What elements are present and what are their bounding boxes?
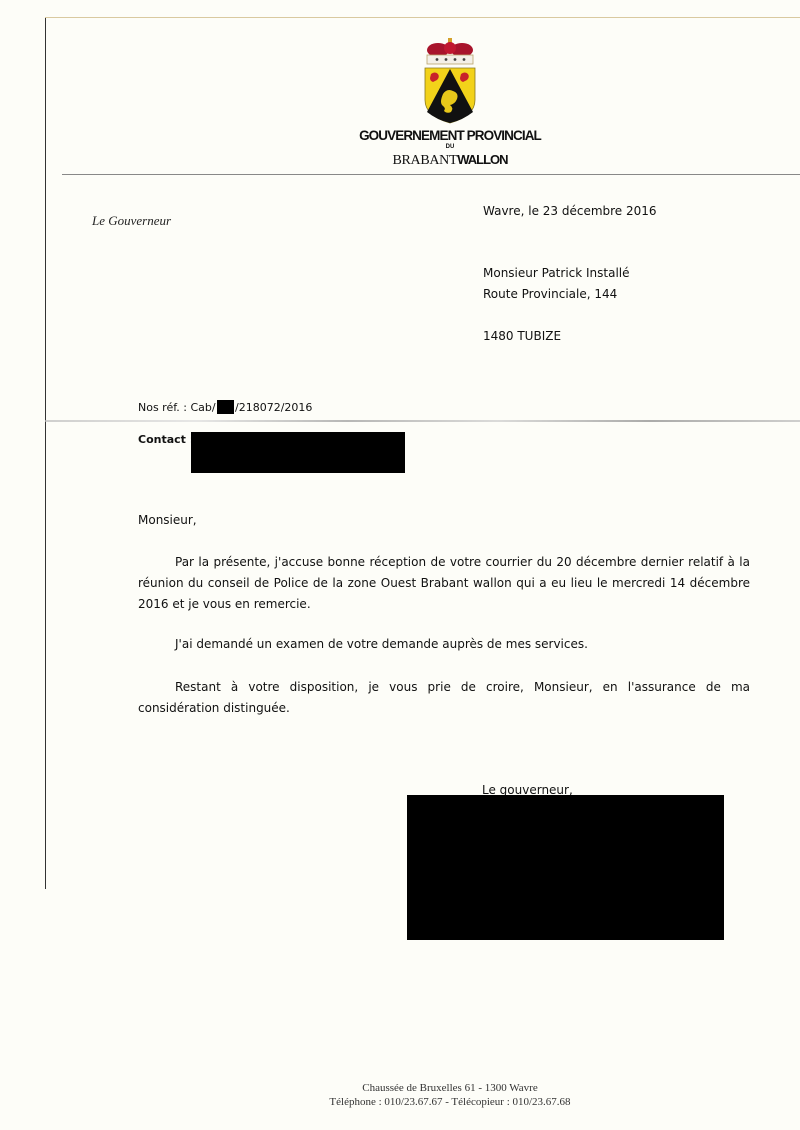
organization-name: GOUVERNEMENT PROVINCIAL [0,128,800,143]
paragraph-2: J'ai demandé un examen de votre demande … [138,637,750,651]
page-top-edge [45,17,800,18]
paragraph-1-line-3: 2016 et je vous en remercie. [138,597,750,611]
paragraph-1-line-1: Par la présente, j'accuse bonne réceptio… [138,555,750,569]
paragraph-3-line-1: Restant à votre disposition, je vous pri… [138,680,750,694]
sender-role: Le Gouverneur [92,213,171,229]
contact-redaction [191,432,405,473]
paper-fold-line [45,420,800,422]
organization-du: DU [0,144,800,150]
reference-number: /218072/2016 [235,401,312,414]
footer-address: Chaussée de Bruxelles 61 - 1300 Wavre [0,1082,800,1094]
recipient-city: 1480 TUBIZE [483,329,561,343]
province-name-serif: BRABANT [392,153,457,168]
footer-phones: Téléphone : 010/23.67.67 - Télécopieur :… [0,1096,800,1108]
signature-redaction [407,795,724,940]
recipient-street: Route Provinciale, 144 [483,287,617,301]
province-name-bold: WALLON [457,152,507,167]
letter-date: Wavre, le 23 décembre 2016 [483,204,657,218]
salutation: Monsieur, [138,513,197,527]
reference-redaction [217,400,234,414]
reference-label: Nos réf. : Cab/ [138,401,216,414]
coat-of-arms-icon [419,38,481,124]
recipient-name: Monsieur Patrick Installé [483,266,630,280]
contact-label: Contact : [138,433,194,446]
header-divider [62,174,800,175]
paragraph-3-line-2: considération distinguée. [138,701,750,715]
organization-province: BRABANTWALLON [0,152,800,169]
paragraph-1-line-2: réunion du conseil de Police de la zone … [138,576,750,590]
